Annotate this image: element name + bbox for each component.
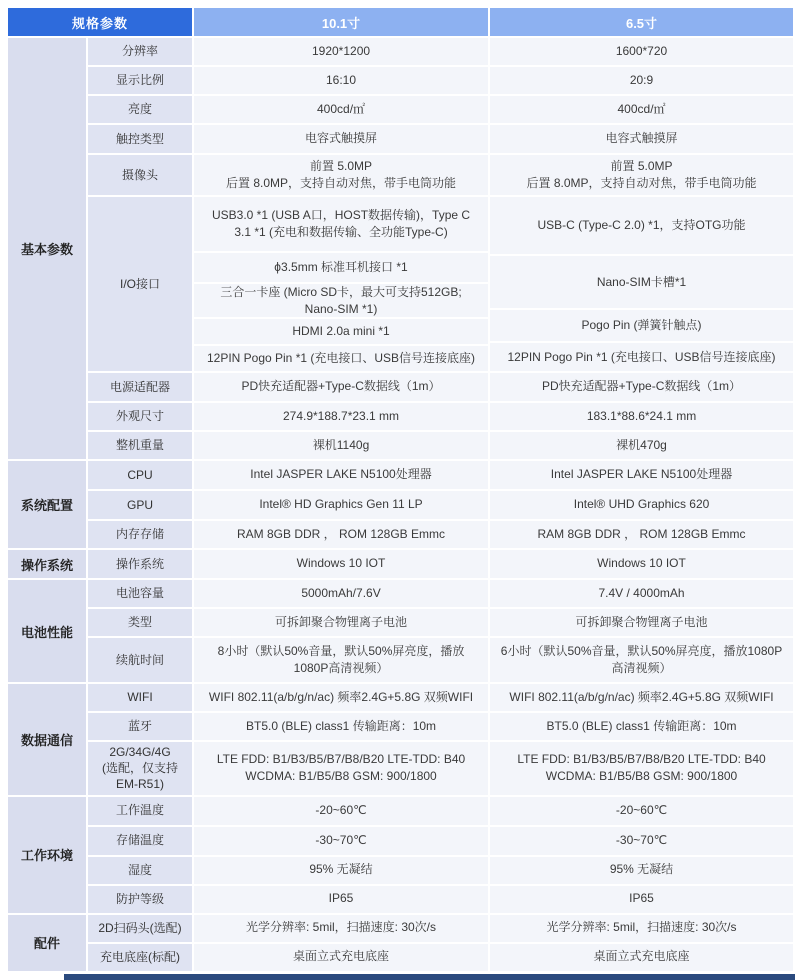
value-cell: 桌面立式充电底座 xyxy=(490,944,795,973)
table-row-io: I/O接口 USB3.0 *1 (USB A口，HOST数据传输)，Type C… xyxy=(8,197,795,373)
row-label: 防护等级 xyxy=(88,886,194,915)
table-row: 基本参数 分辨率 1920*1200 1600*720 xyxy=(8,38,795,67)
value-cell: 前置 5.0MP 后置 8.0MP，支持自动对焦，带手电筒功能 xyxy=(194,155,490,197)
value-cell: 5000mAh/7.6V xyxy=(194,580,490,609)
row-label: 电池容量 xyxy=(88,580,194,609)
header-row: 规格参数 10.1寸 6.5寸 xyxy=(8,8,795,38)
group-cell-system: 系统配置 xyxy=(8,461,88,550)
value-cell: 1600*720 xyxy=(490,38,795,67)
row-label: GPU xyxy=(88,491,194,521)
io-item: 12PIN Pogo Pin *1 (充电接口、USB信号连接底座) xyxy=(490,341,793,371)
group-cell-os: 操作系统 xyxy=(8,550,88,580)
group-cell-comm: 数据通信 xyxy=(8,684,88,797)
value-cell: 7.4V / 4000mAh xyxy=(490,580,795,609)
table-row: 2G/34G/4G (选配，仅支持 EM-R51) LTE FDD: B1/B3… xyxy=(8,742,795,797)
table-row: 内存存储 RAM 8GB DDR ， ROM 128GB Emmc RAM 8G… xyxy=(8,521,795,550)
io-cell-10-1: USB3.0 *1 (USB A口，HOST数据传输)，Type C 3.1 *… xyxy=(194,197,490,373)
table-row: 防护等级 IP65 IP65 xyxy=(8,886,795,915)
row-label: 工作温度 xyxy=(88,797,194,827)
table-row: 亮度 400cd/㎡ 400cd/㎡ xyxy=(8,96,795,125)
io-item: Nano-SIM卡槽*1 xyxy=(490,254,793,308)
table-row: 配件 2D扫码头(选配) 光学分辨率: 5mil，扫描速度: 30次/s 光学分… xyxy=(8,915,795,944)
row-label: 2G/34G/4G (选配，仅支持 EM-R51) xyxy=(88,742,194,797)
row-label: 整机重量 xyxy=(88,432,194,461)
io-item: ϕ3.5mm 标准耳机接口 *1 xyxy=(194,251,488,282)
table-row: 触控类型 电容式触摸屏 电容式触摸屏 xyxy=(8,125,795,155)
value-cell: -30~70℃ xyxy=(194,827,490,857)
value-cell: 可拆卸聚合物锂离子电池 xyxy=(490,609,795,638)
value-cell: 6小时（默认50%音量，默认50%屏亮度，播放1080P高清视频） xyxy=(490,638,795,684)
value-cell: 95% 无凝结 xyxy=(194,857,490,886)
value-cell: RAM 8GB DDR ， ROM 128GB Emmc xyxy=(490,521,795,550)
value-cell: IP65 xyxy=(194,886,490,915)
spec-table: 规格参数 10.1寸 6.5寸 基本参数 分辨率 1920*1200 1600*… xyxy=(8,8,795,973)
group-cell-basic: 基本参数 xyxy=(8,38,88,461)
io-item: Pogo Pin (弹簧针触点) xyxy=(490,308,793,341)
table-row: 外观尺寸 274.9*188.7*23.1 mm 183.1*88.6*24.1… xyxy=(8,403,795,432)
value-cell: 裸机470g xyxy=(490,432,795,461)
row-label: 亮度 xyxy=(88,96,194,125)
row-label: I/O接口 xyxy=(88,197,194,373)
table-row: 显示比例 16:10 20:9 xyxy=(8,67,795,96)
table-row: 湿度 95% 无凝结 95% 无凝结 xyxy=(8,857,795,886)
value-cell: 可拆卸聚合物锂离子电池 xyxy=(194,609,490,638)
value-cell: WIFI 802.11(a/b/g/n/ac) 频率2.4G+5.8G 双频WI… xyxy=(490,684,795,713)
row-label: 续航时间 xyxy=(88,638,194,684)
io-cell-6-5: USB-C (Type-C 2.0) *1，支持OTG功能 Nano-SIM卡槽… xyxy=(490,197,795,373)
table-row: 蓝牙 BT5.0 (BLE) class1 传输距离：10m BT5.0 (BL… xyxy=(8,713,795,742)
table-row: 电池性能 电池容量 5000mAh/7.6V 7.4V / 4000mAh xyxy=(8,580,795,609)
header-col-10-1: 10.1寸 xyxy=(194,8,490,38)
table-row: GPU Intel® HD Graphics Gen 11 LP Intel® … xyxy=(8,491,795,521)
value-cell: 桌面立式充电底座 xyxy=(194,944,490,973)
value-cell: RAM 8GB DDR ， ROM 128GB Emmc xyxy=(194,521,490,550)
value-cell: BT5.0 (BLE) class1 传输距离：10m xyxy=(490,713,795,742)
value-cell: 1920*1200 xyxy=(194,38,490,67)
row-label: 触控类型 xyxy=(88,125,194,155)
value-cell: 400cd/㎡ xyxy=(490,96,795,125)
row-label: 外观尺寸 xyxy=(88,403,194,432)
row-label: 摄像头 xyxy=(88,155,194,197)
table-row: 类型 可拆卸聚合物锂离子电池 可拆卸聚合物锂离子电池 xyxy=(8,609,795,638)
value-cell: 前置 5.0MP 后置 8.0MP，支持自动对焦，带手电筒功能 xyxy=(490,155,795,197)
row-label: 存储温度 xyxy=(88,827,194,857)
value-cell: 8小时（默认50%音量，默认50%屏亮度，播放1080P高清视频） xyxy=(194,638,490,684)
table-row: 数据通信 WIFI WIFI 802.11(a/b/g/n/ac) 频率2.4G… xyxy=(8,684,795,713)
row-label: 操作系统 xyxy=(88,550,194,580)
value-cell: -20~60℃ xyxy=(490,797,795,827)
value-cell: 电容式触摸屏 xyxy=(194,125,490,155)
value-cell: WIFI 802.11(a/b/g/n/ac) 频率2.4G+5.8G 双频WI… xyxy=(194,684,490,713)
row-label: 2D扫码头(选配) xyxy=(88,915,194,944)
value-cell: 400cd/㎡ xyxy=(194,96,490,125)
row-label: 内存存储 xyxy=(88,521,194,550)
value-cell: Intel JASPER LAKE N5100处理器 xyxy=(194,461,490,491)
row-label: 湿度 xyxy=(88,857,194,886)
row-label: CPU xyxy=(88,461,194,491)
value-cell: Windows 10 IOT xyxy=(194,550,490,580)
value-cell: Intel JASPER LAKE N5100处理器 xyxy=(490,461,795,491)
table-row: 操作系统 操作系统 Windows 10 IOT Windows 10 IOT xyxy=(8,550,795,580)
value-cell: 20:9 xyxy=(490,67,795,96)
value-cell: 电容式触摸屏 xyxy=(490,125,795,155)
row-label: 蓝牙 xyxy=(88,713,194,742)
io-item: USB3.0 *1 (USB A口，HOST数据传输)，Type C 3.1 *… xyxy=(194,197,488,251)
value-cell: BT5.0 (BLE) class1 传输距离：10m xyxy=(194,713,490,742)
table-row: 充电底座(标配) 桌面立式充电底座 桌面立式充电底座 xyxy=(8,944,795,973)
value-cell: Intel® HD Graphics Gen 11 LP xyxy=(194,491,490,521)
value-cell: 16:10 xyxy=(194,67,490,96)
value-cell: 183.1*88.6*24.1 mm xyxy=(490,403,795,432)
value-cell: LTE FDD: B1/B3/B5/B7/B8/B20 LTE-TDD: B40… xyxy=(490,742,795,797)
value-cell: IP65 xyxy=(490,886,795,915)
value-cell: PD快充适配器+Type-C数据线（1m） xyxy=(490,373,795,403)
value-cell: 95% 无凝结 xyxy=(490,857,795,886)
value-cell: LTE FDD: B1/B3/B5/B7/B8/B20 LTE-TDD: B40… xyxy=(194,742,490,797)
value-cell: Intel® UHD Graphics 620 xyxy=(490,491,795,521)
table-row: 摄像头 前置 5.0MP 后置 8.0MP，支持自动对焦，带手电筒功能 前置 5… xyxy=(8,155,795,197)
bottom-accent-bar xyxy=(64,974,795,980)
row-label: 充电底座(标配) xyxy=(88,944,194,973)
row-label: WIFI xyxy=(88,684,194,713)
row-label: 分辨率 xyxy=(88,38,194,67)
table-row: 续航时间 8小时（默认50%音量，默认50%屏亮度，播放1080P高清视频） 6… xyxy=(8,638,795,684)
value-cell: 274.9*188.7*23.1 mm xyxy=(194,403,490,432)
header-col-6-5: 6.5寸 xyxy=(490,8,795,38)
io-item: 12PIN Pogo Pin *1 (充电接口、USB信号连接底座) xyxy=(194,344,488,371)
row-label: 电源适配器 xyxy=(88,373,194,403)
spec-sheet: 规格参数 10.1寸 6.5寸 基本参数 分辨率 1920*1200 1600*… xyxy=(8,8,795,973)
group-cell-environment: 工作环境 xyxy=(8,797,88,915)
value-cell: -30~70℃ xyxy=(490,827,795,857)
value-cell: 光学分辨率: 5mil，扫描速度: 30次/s xyxy=(490,915,795,944)
io-item: 三合一卡座 (Micro SD卡，最大可支持512GB; Nano-SIM *1… xyxy=(194,282,488,317)
table-row: 电源适配器 PD快充适配器+Type-C数据线（1m） PD快充适配器+Type… xyxy=(8,373,795,403)
value-cell: 裸机1140g xyxy=(194,432,490,461)
group-cell-battery: 电池性能 xyxy=(8,580,88,684)
io-item: HDMI 2.0a mini *1 xyxy=(194,317,488,344)
table-row: 存储温度 -30~70℃ -30~70℃ xyxy=(8,827,795,857)
value-cell: 光学分辨率: 5mil，扫描速度: 30次/s xyxy=(194,915,490,944)
table-row: 整机重量 裸机1140g 裸机470g xyxy=(8,432,795,461)
value-cell: -20~60℃ xyxy=(194,797,490,827)
group-cell-accessories: 配件 xyxy=(8,915,88,973)
value-cell: Windows 10 IOT xyxy=(490,550,795,580)
value-cell: PD快充适配器+Type-C数据线（1m） xyxy=(194,373,490,403)
table-row: 工作环境 工作温度 -20~60℃ -20~60℃ xyxy=(8,797,795,827)
io-item: USB-C (Type-C 2.0) *1，支持OTG功能 xyxy=(490,197,793,254)
row-label: 类型 xyxy=(88,609,194,638)
header-param-title: 规格参数 xyxy=(8,8,194,38)
table-row: 系统配置 CPU Intel JASPER LAKE N5100处理器 Inte… xyxy=(8,461,795,491)
row-label: 显示比例 xyxy=(88,67,194,96)
